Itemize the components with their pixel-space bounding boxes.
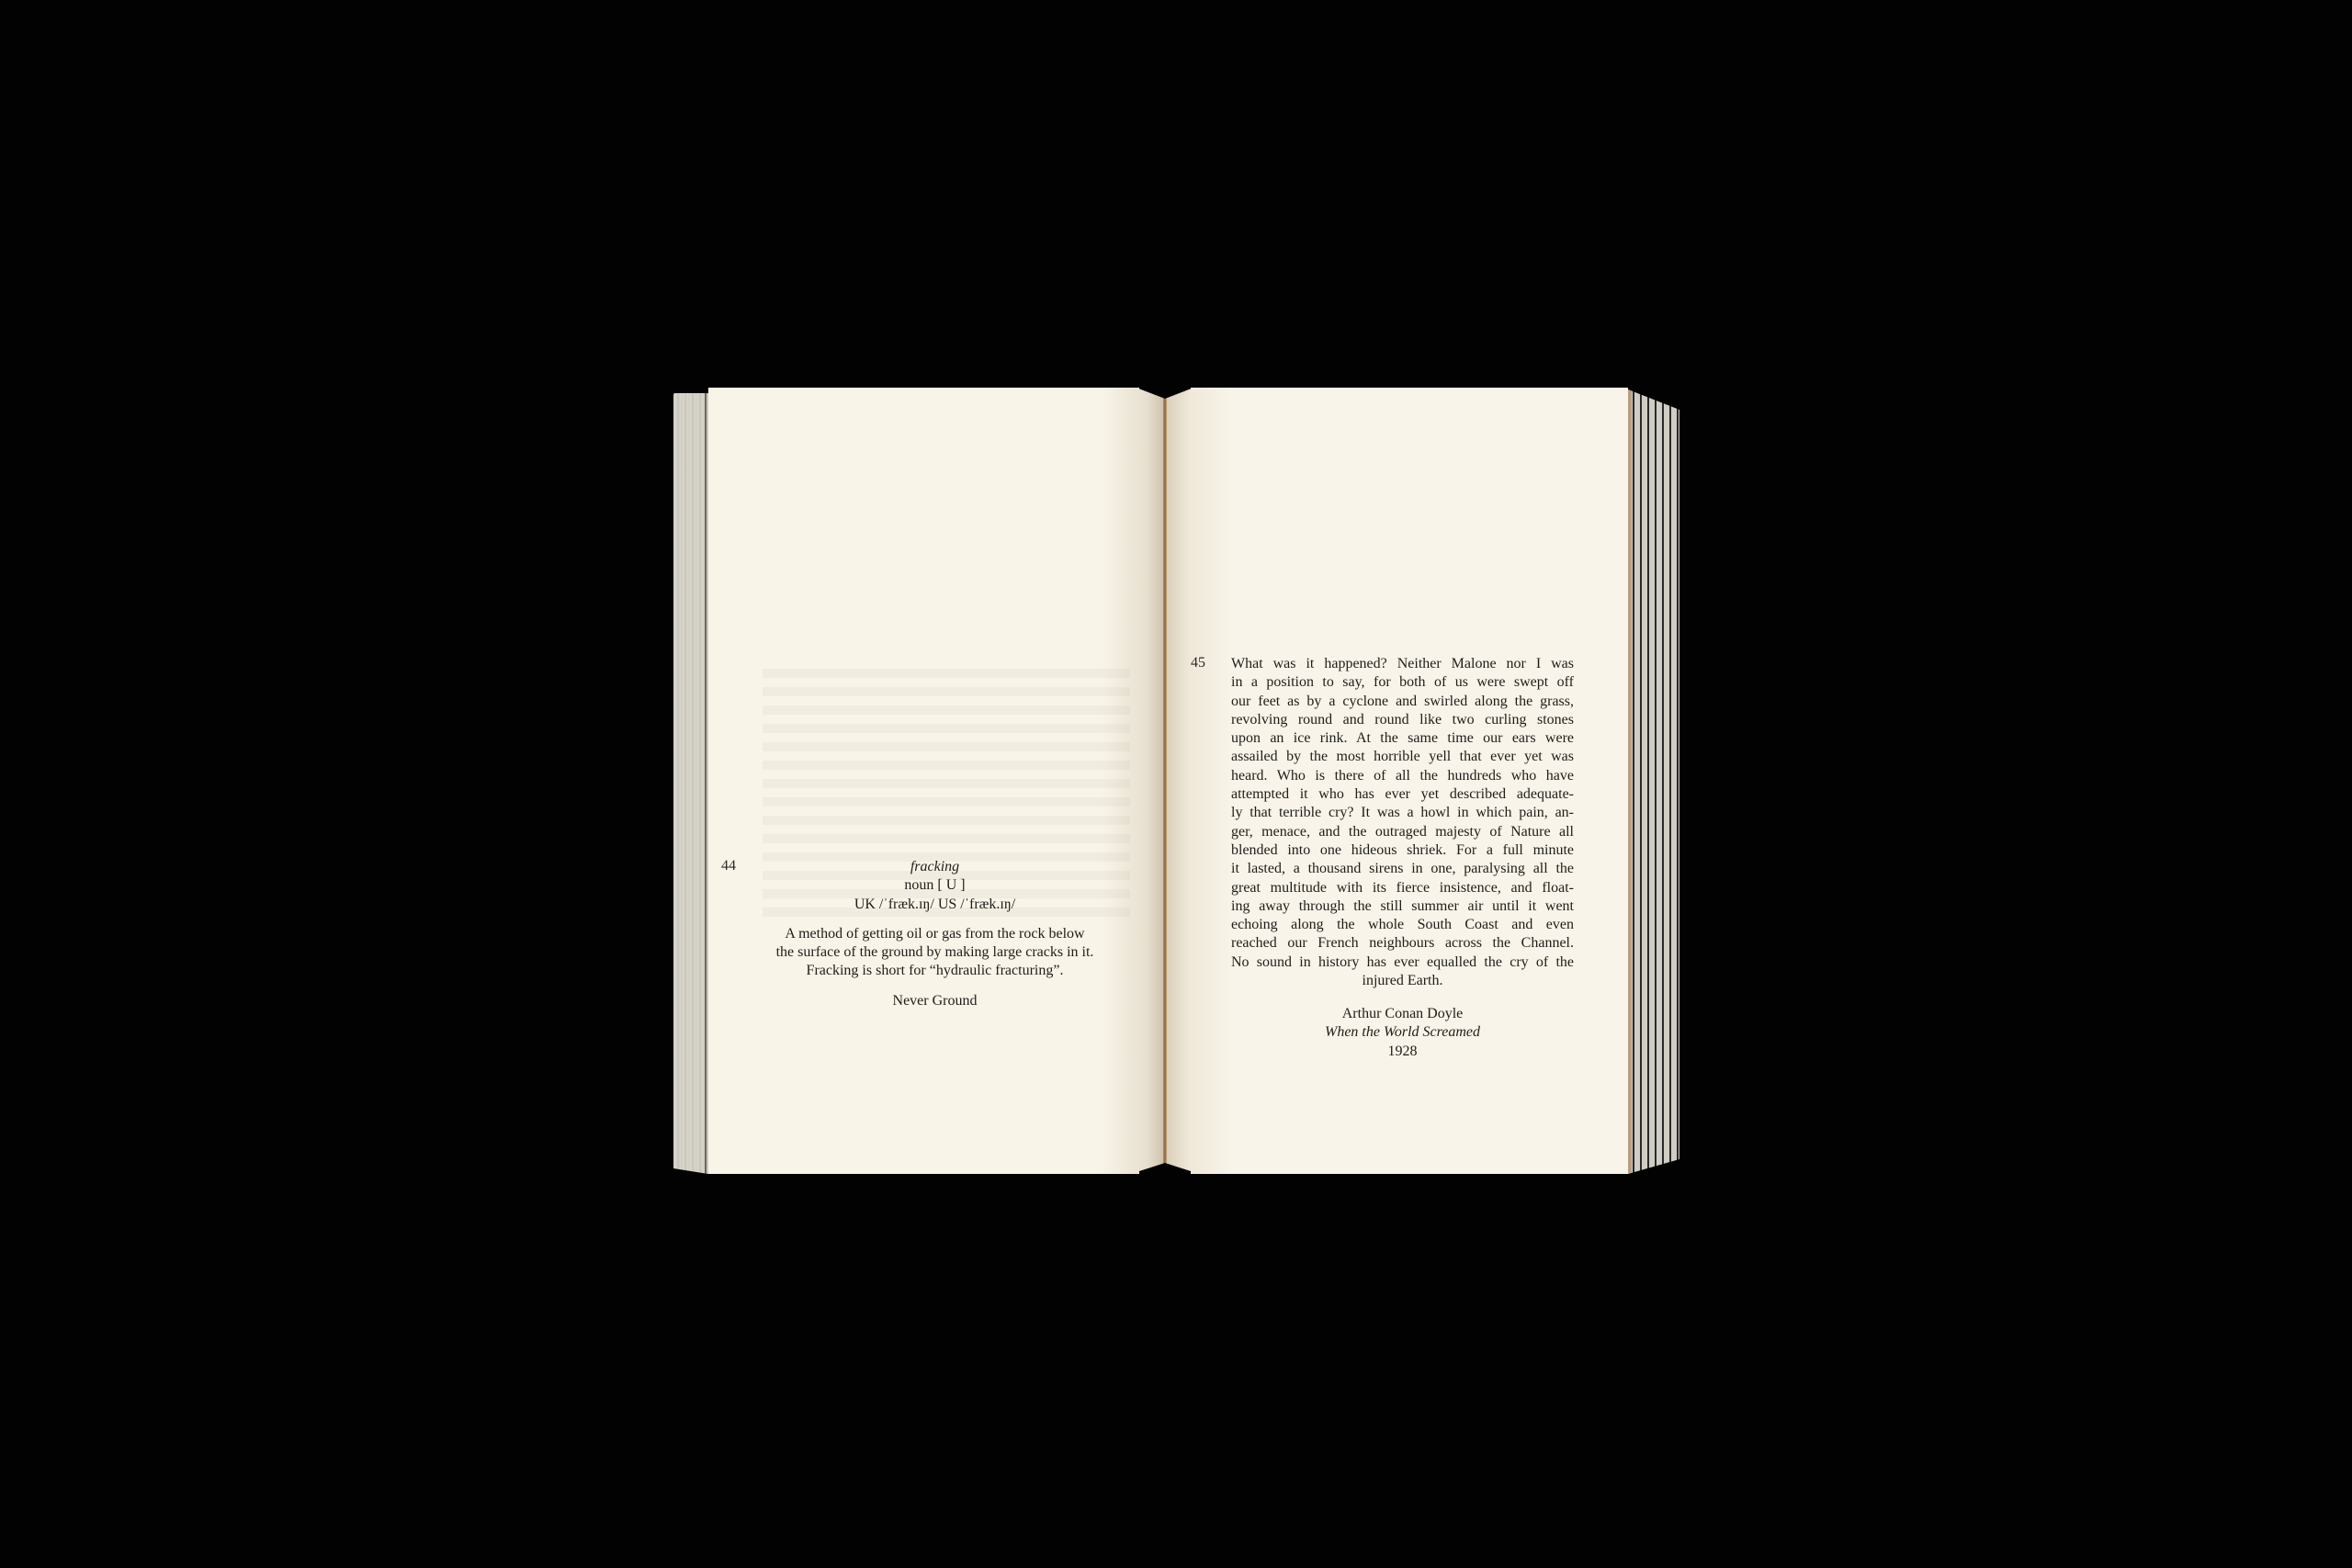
definition-line: Fracking is short for “hydraulic fractur… <box>753 962 1116 980</box>
definition-line: the surface of the ground by making larg… <box>753 943 1116 962</box>
quote-line: blended into one hideous shriek. For a f… <box>1231 841 1574 860</box>
quote-line: in a position to say, for both of us wer… <box>1231 673 1574 692</box>
open-book: 44 fracking noun [ U ] UK /ˈfræk.ɪŋ/ US … <box>0 0 2352 1568</box>
quote-line: heard. Who is there of all the hundreds … <box>1231 767 1574 785</box>
right-page-stack-edge <box>1628 389 1679 1174</box>
quote-line: What was it happened? Neither Malone nor… <box>1231 655 1574 673</box>
attribution-year: 1928 <box>1231 1043 1574 1061</box>
quote-line-final: injured Earth. <box>1231 972 1574 990</box>
page-number-right: 45 <box>1191 655 1205 671</box>
entry-headword: fracking <box>753 858 1116 876</box>
quote-line: ger, menace, and the outraged majesty of… <box>1231 823 1574 841</box>
quote-line: it lasted, a thousand sirens in one, par… <box>1231 860 1574 878</box>
quote-line: upon an ice rink. At the same time our e… <box>1231 729 1574 748</box>
quote-line: assailed by the most horrible yell that … <box>1231 748 1574 766</box>
left-page-stack-edge <box>673 393 708 1174</box>
entry-definition: A method of getting oil or gas from the … <box>753 925 1116 981</box>
quote-paragraph: What was it happened? Neither Malone nor… <box>1231 655 1574 990</box>
entry-part-of-speech: noun [ U ] <box>753 876 1116 895</box>
quote-attribution: Arthur Conan Doyle When the World Scream… <box>1231 1005 1574 1061</box>
quote-line: our feet as by a cyclone and swirled alo… <box>1231 693 1574 711</box>
quote-line: ly that terrible cry? It was a howl in w… <box>1231 804 1574 822</box>
attribution-author: Arthur Conan Doyle <box>1231 1005 1574 1023</box>
photo-background: 44 fracking noun [ U ] UK /ˈfræk.ɪŋ/ US … <box>0 0 2352 1568</box>
quote-line: reached our French neighbours across the… <box>1231 934 1574 953</box>
dictionary-entry: fracking noun [ U ] UK /ˈfræk.ɪŋ/ US /ˈf… <box>753 858 1116 1010</box>
book-spine-gutter <box>1163 395 1167 1167</box>
quote-line: No sound in history has ever equalled th… <box>1231 953 1574 972</box>
quote-line: attempted it who has ever yet described … <box>1231 785 1574 804</box>
entry-pronunciation: UK /ˈfræk.ɪŋ/ US /ˈfræk.ɪŋ/ <box>753 896 1116 914</box>
attribution-work-title: When the World Screamed <box>1231 1023 1574 1042</box>
quote-line: great multitude with its fierce insisten… <box>1231 879 1574 897</box>
definition-line: A method of getting oil or gas from the … <box>753 925 1116 943</box>
page-number-left: 44 <box>721 858 736 874</box>
quote-line: echoing along the whole South Coast and … <box>1231 916 1574 934</box>
quote-line: ing away through the still summer air un… <box>1231 897 1574 916</box>
entry-source: Never Ground <box>753 992 1116 1010</box>
quote-line: revolving round and round like two curli… <box>1231 711 1574 729</box>
